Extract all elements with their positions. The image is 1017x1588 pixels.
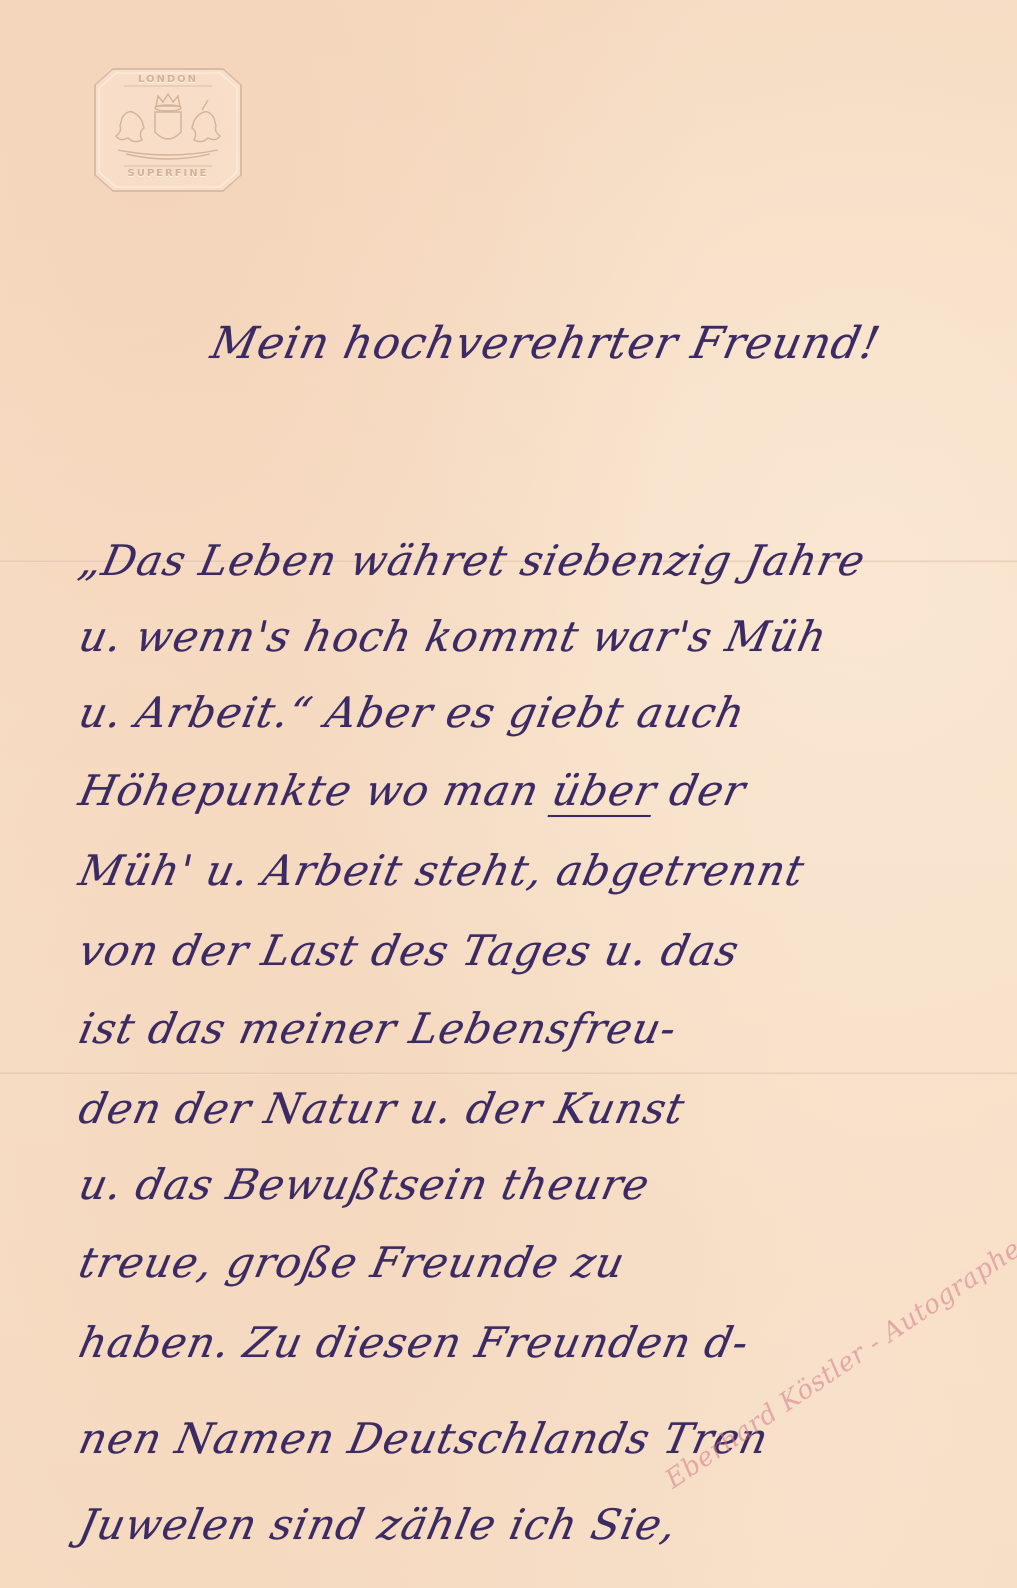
letter-line: Juwelen sind zähle ich Sie, (75, 1500, 682, 1549)
letter-line: Müh' u. Arbeit steht, abgetrennt (75, 846, 809, 895)
letter-line: ist das meiner Lebensfreu- (75, 1004, 682, 1053)
letter-line: den der Natur u. der Kunst (75, 1084, 690, 1133)
letter-page: LONDON SUPERFINE Mein hochverehrter Freu… (0, 0, 1017, 1588)
letter-line: u. Arbeit.“ Aber es giebt auch (75, 688, 750, 737)
letter-salutation: Mein hochverehrter Freund! (207, 318, 885, 369)
letter-line: haben. Zu diesen Freunden d- (75, 1318, 754, 1367)
underlined-word: über (548, 766, 661, 815)
letter-line: nen Namen Deutschlands Tren (75, 1414, 773, 1463)
letter-line: „Das Leben währet siebenzig Jahre (75, 536, 870, 585)
letter-line: u. wenn's hoch kommt war's Müh (75, 612, 832, 661)
emboss-top-text: LONDON (94, 74, 242, 85)
letter-line: treue, große Freunde zu (75, 1238, 630, 1287)
letter-line-text: der (651, 766, 751, 815)
letter-line: von der Last des Tages u. das (75, 926, 744, 975)
emboss-bottom-text: SUPERFINE (94, 168, 242, 179)
paper-fold-line (0, 1072, 1017, 1075)
letter-line: Höhepunkte wo man über der (75, 766, 751, 815)
letter-line-text: Höhepunkte wo man (75, 766, 559, 815)
letter-line: u. das Bewußtsein theure (75, 1160, 655, 1209)
royal-crest-icon (108, 88, 228, 166)
